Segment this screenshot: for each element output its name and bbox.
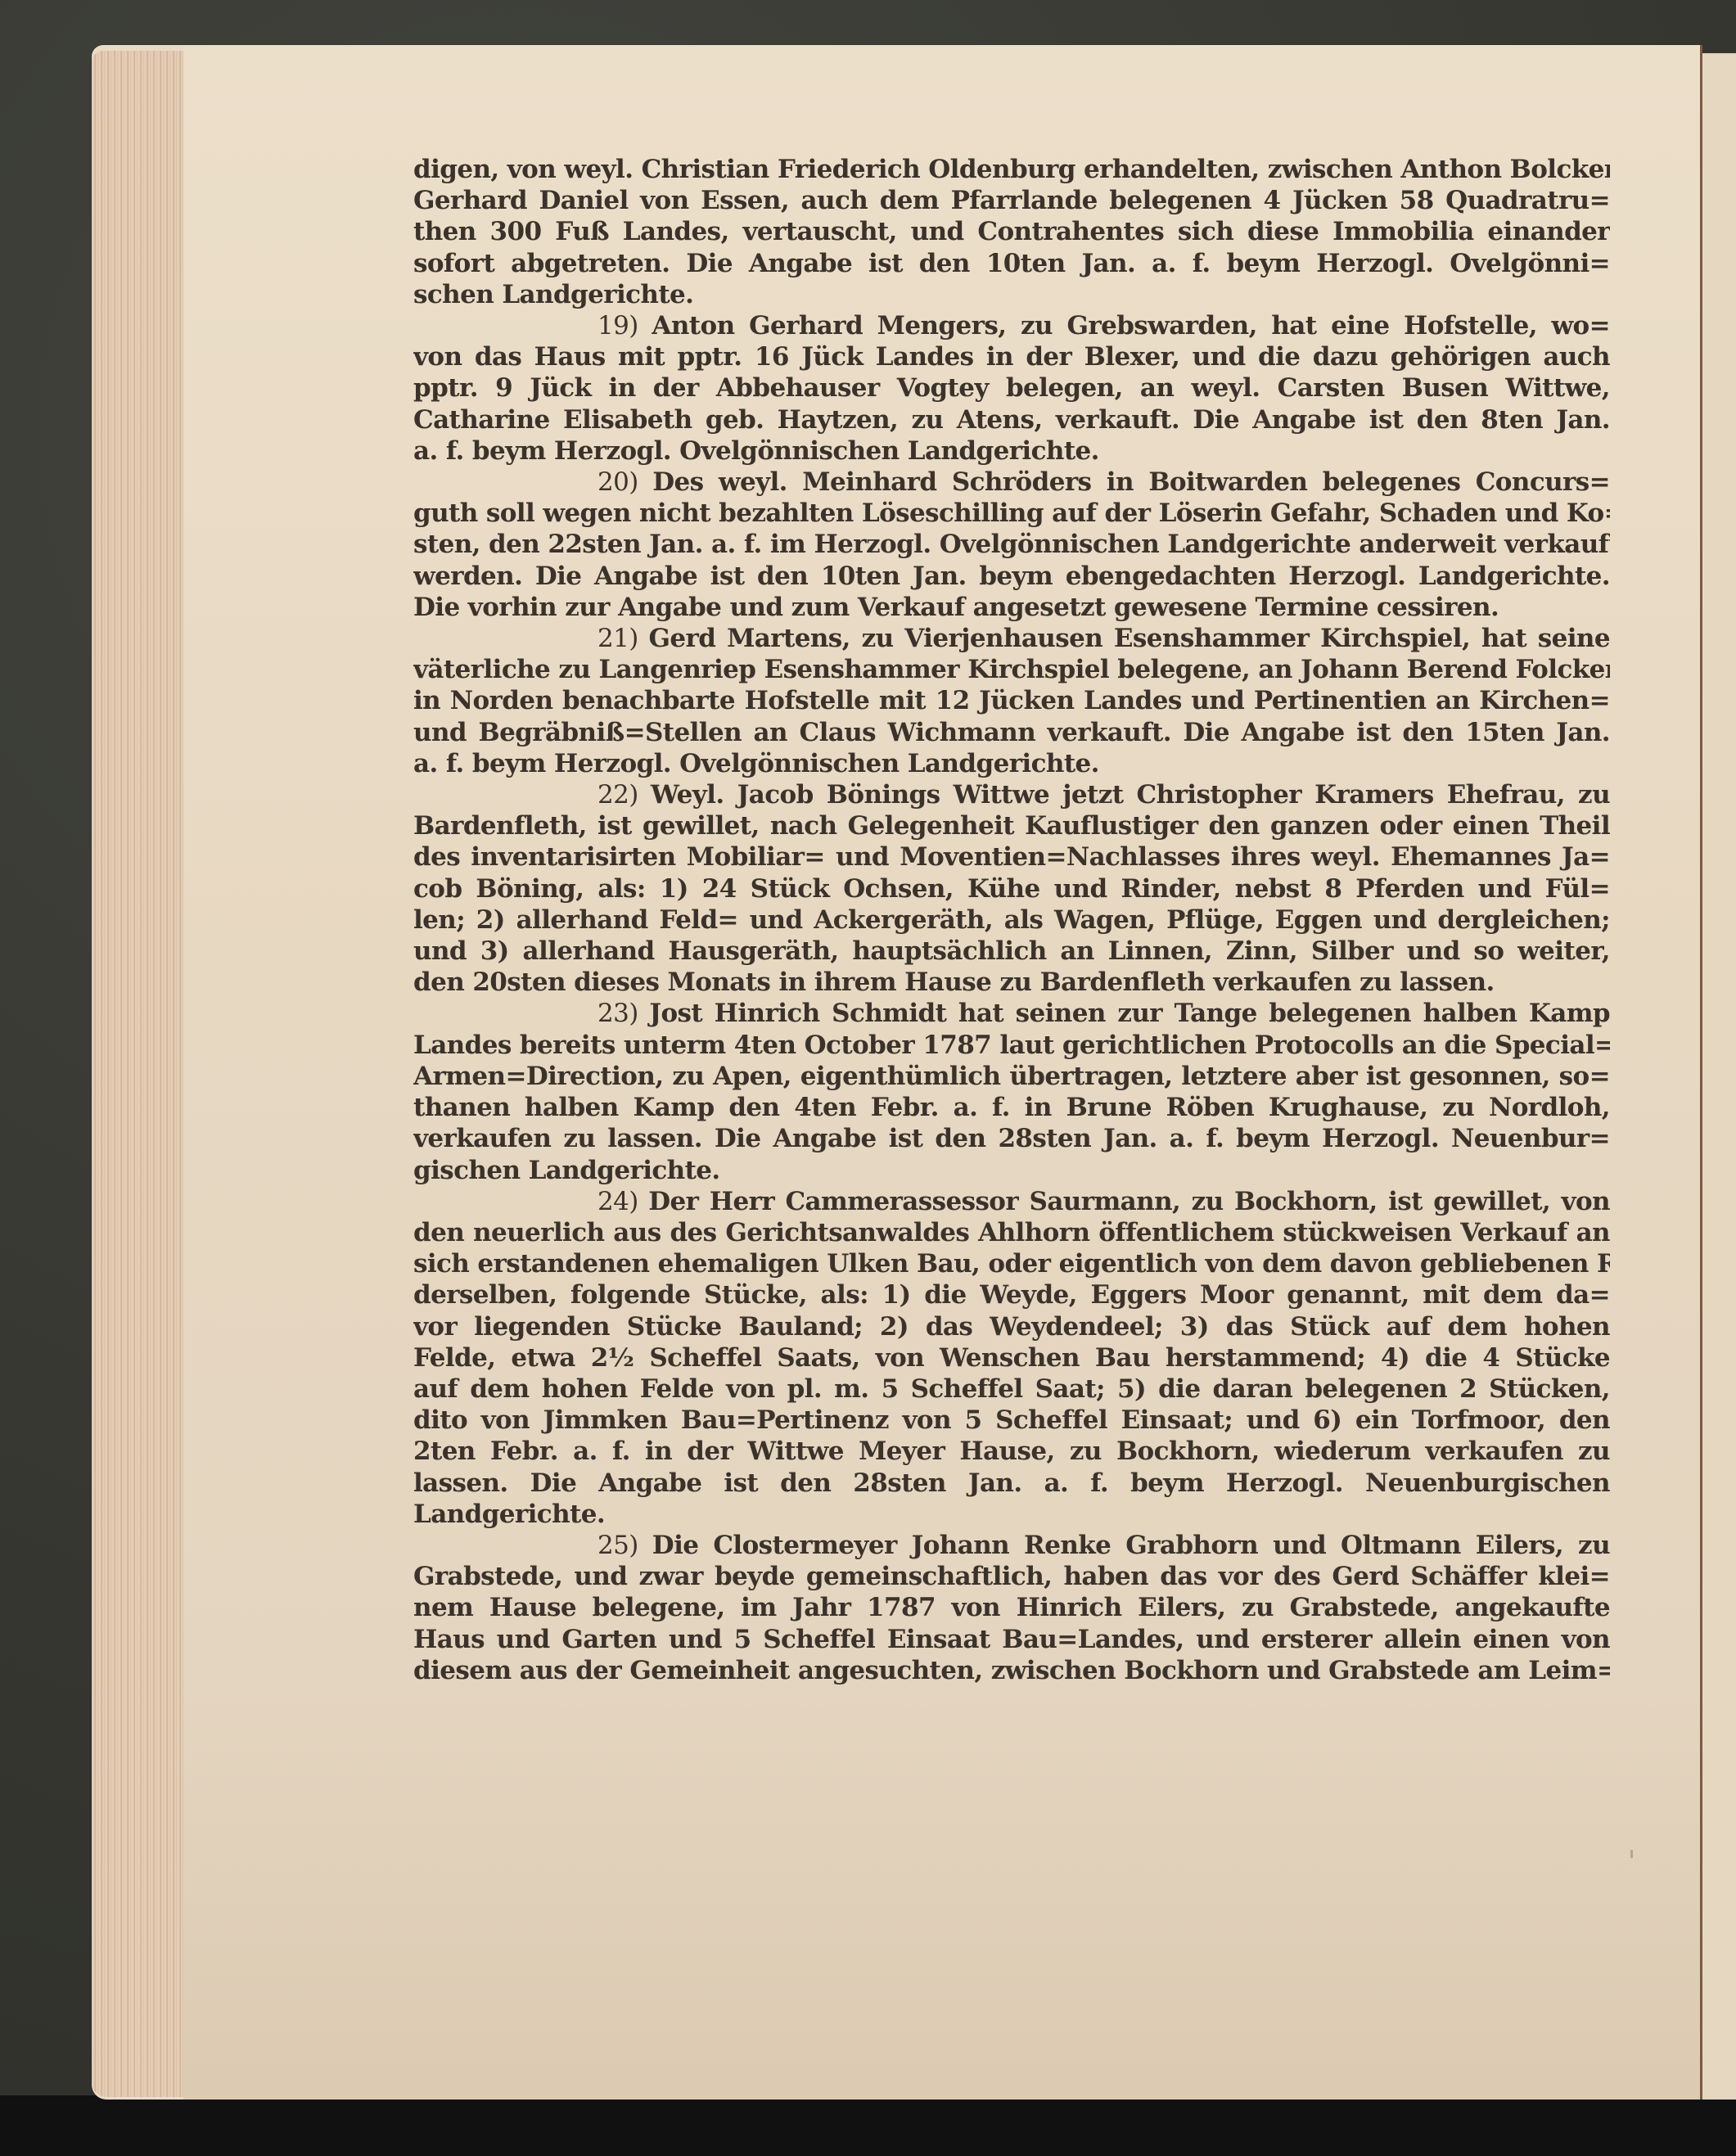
text-line: den 20sten dieses Monats in ihrem Hause … [413,967,1610,998]
text-line: Landes bereits unterm 4ten October 1787 … [413,1030,1610,1061]
paragraph-21: 21) Gerd Martens, zu Vierjenhausen Esens… [413,623,1610,779]
text-line: thanen halben Kamp den 4ten Febr. a. f. … [413,1092,1610,1123]
text-line: sten, den 22sten Jan. a. f. im Herzogl. … [413,529,1610,560]
text-line: sofort abgetreten. Die Angabe ist den 10… [413,248,1610,279]
text-line: Armen=Direction, zu Apen, eigenthümlich … [413,1061,1610,1092]
entry-number: 24) [597,1187,648,1216]
text-line: 21) Gerd Martens, zu Vierjenhausen Esens… [413,623,1610,654]
text-line: gischen Landgerichte. [413,1155,1610,1186]
text-line: Catharine Elisabeth geb. Haytzen, zu Ate… [413,404,1610,435]
entry-number: 19) [597,311,652,341]
entry-number: 21) [597,624,649,653]
text-line: pptr. 9 Jück in der Abbehauser Vogtey be… [413,372,1610,404]
text-line: derselben, folgende Stücke, als: 1) die … [413,1279,1610,1310]
paragraph-18-continued: digen, von weyl. Christian Friederich Ol… [413,154,1610,310]
paragraph-25: 25) Die Clostermeyer Johann Renke Grabho… [413,1530,1610,1686]
text-line: und 3) allerhand Hausgeräth, hauptsächli… [413,936,1610,967]
text-line: Felde, etwa 2½ Scheffel Saats, von Wensc… [413,1342,1610,1373]
paragraph-22: 22) Weyl. Jacob Bönings Wittwe jetzt Chr… [413,779,1610,998]
text-line: verkaufen zu lassen. Die Angabe ist den … [413,1123,1610,1154]
text-line: von das Haus mit pptr. 16 Jück Landes in… [413,341,1610,372]
facing-page-edge [1702,53,1736,2100]
line-text: Gerd Martens, zu Vierjenhausen Esenshamm… [649,624,1610,653]
scan-background-shadow [0,2095,1736,2156]
entry-number: 25) [597,1531,652,1560]
text-line: Bardenfleth, ist gewillet, nach Gelegenh… [413,810,1610,841]
text-line: 19) Anton Gerhard Mengers, zu Grebswarde… [413,310,1610,341]
text-line: diesem aus der Gemeinheit angesuchten, z… [413,1655,1610,1686]
line-text: Anton Gerhard Mengers, zu Grebswarden, h… [652,311,1610,341]
page-edges-stack [92,51,183,2097]
text-line: und Begräbniß=Stellen an Claus Wichmann … [413,717,1610,748]
paragraph-20: 20) Des weyl. Meinhard Schröders in Boit… [413,467,1610,623]
text-line: 22) Weyl. Jacob Bönings Wittwe jetzt Chr… [413,779,1610,810]
text-line: vor liegenden Stücke Bauland; 2) das Wey… [413,1311,1610,1342]
text-line: auf dem hohen Felde von pl. m. 5 Scheffe… [413,1373,1610,1405]
text-line: Gerhard Daniel von Essen, auch dem Pfarr… [413,185,1610,216]
text-line: len; 2) allerhand Feld= und Ackergeräth,… [413,904,1610,936]
text-line: guth soll wegen nicht bezahlten Löseschi… [413,498,1610,529]
text-line: Landgerichte. [413,1499,1610,1530]
text-line: des inventarisirten Mobiliar= und Movent… [413,841,1610,873]
paragraph-19: 19) Anton Gerhard Mengers, zu Grebswarde… [413,310,1610,467]
text-line: digen, von weyl. Christian Friederich Ol… [413,154,1610,185]
text-line: a. f. beym Herzogl. Ovelgönnischen Landg… [413,435,1610,467]
text-line: nem Hause belegene, im Jahr 1787 von Hin… [413,1592,1610,1623]
text-line: 2ten Febr. a. f. in der Wittwe Meyer Hau… [413,1436,1610,1467]
text-line: Grabstede, und zwar beyde gemeinschaftli… [413,1561,1610,1592]
text-line: Die vorhin zur Angabe und zum Verkauf an… [413,592,1610,623]
line-text: Des weyl. Meinhard Schröders in Boitward… [652,467,1610,497]
text-line: lassen. Die Angabe ist den 28sten Jan. a… [413,1468,1610,1499]
text-line: väterliche zu Langenriep Esenshammer Kir… [413,654,1610,685]
entry-number: 23) [597,999,649,1028]
line-text: Der Herr Cammerassessor Saurmann, zu Boc… [648,1187,1610,1216]
text-line: 24) Der Herr Cammerassessor Saurmann, zu… [413,1186,1610,1217]
text-line: sich erstandenen ehemaligen Ulken Bau, o… [413,1248,1610,1279]
text-line: in Norden benachbarte Hofstelle mit 12 J… [413,685,1610,716]
ink-mark [1630,1850,1633,1858]
line-text: Weyl. Jacob Bönings Wittwe jetzt Christo… [651,780,1610,810]
text-line: 25) Die Clostermeyer Johann Renke Grabho… [413,1530,1610,1561]
text-line: cob Böning, als: 1) 24 Stück Ochsen, Küh… [413,873,1610,904]
text-line: 20) Des weyl. Meinhard Schröders in Boit… [413,467,1610,498]
text-line: a. f. beym Herzogl. Ovelgönnischen Landg… [413,748,1610,779]
entry-number: 22) [597,780,651,810]
text-line: den neuerlich aus des Gerichtsanwaldes A… [413,1217,1610,1248]
text-line: Haus und Garten und 5 Scheffel Einsaat B… [413,1624,1610,1655]
paragraph-23: 23) Jost Hinrich Schmidt hat seinen zur … [413,998,1610,1185]
page-text-block: digen, von weyl. Christian Friederich Ol… [413,154,1610,1686]
line-text: Jost Hinrich Schmidt hat seinen zur Tang… [649,999,1610,1028]
entry-number: 20) [597,467,652,497]
text-line: schen Landgerichte. [413,279,1610,310]
paragraph-24: 24) Der Herr Cammerassessor Saurmann, zu… [413,1186,1610,1530]
text-line: 23) Jost Hinrich Schmidt hat seinen zur … [413,998,1610,1029]
line-text: Die Clostermeyer Johann Renke Grabhorn u… [652,1531,1610,1560]
text-line: then 300 Fuß Landes, vertauscht, und Con… [413,216,1610,247]
text-line: dito von Jimmken Bau=Pertinenz von 5 Sch… [413,1405,1610,1436]
text-line: werden. Die Angabe ist den 10ten Jan. be… [413,561,1610,592]
